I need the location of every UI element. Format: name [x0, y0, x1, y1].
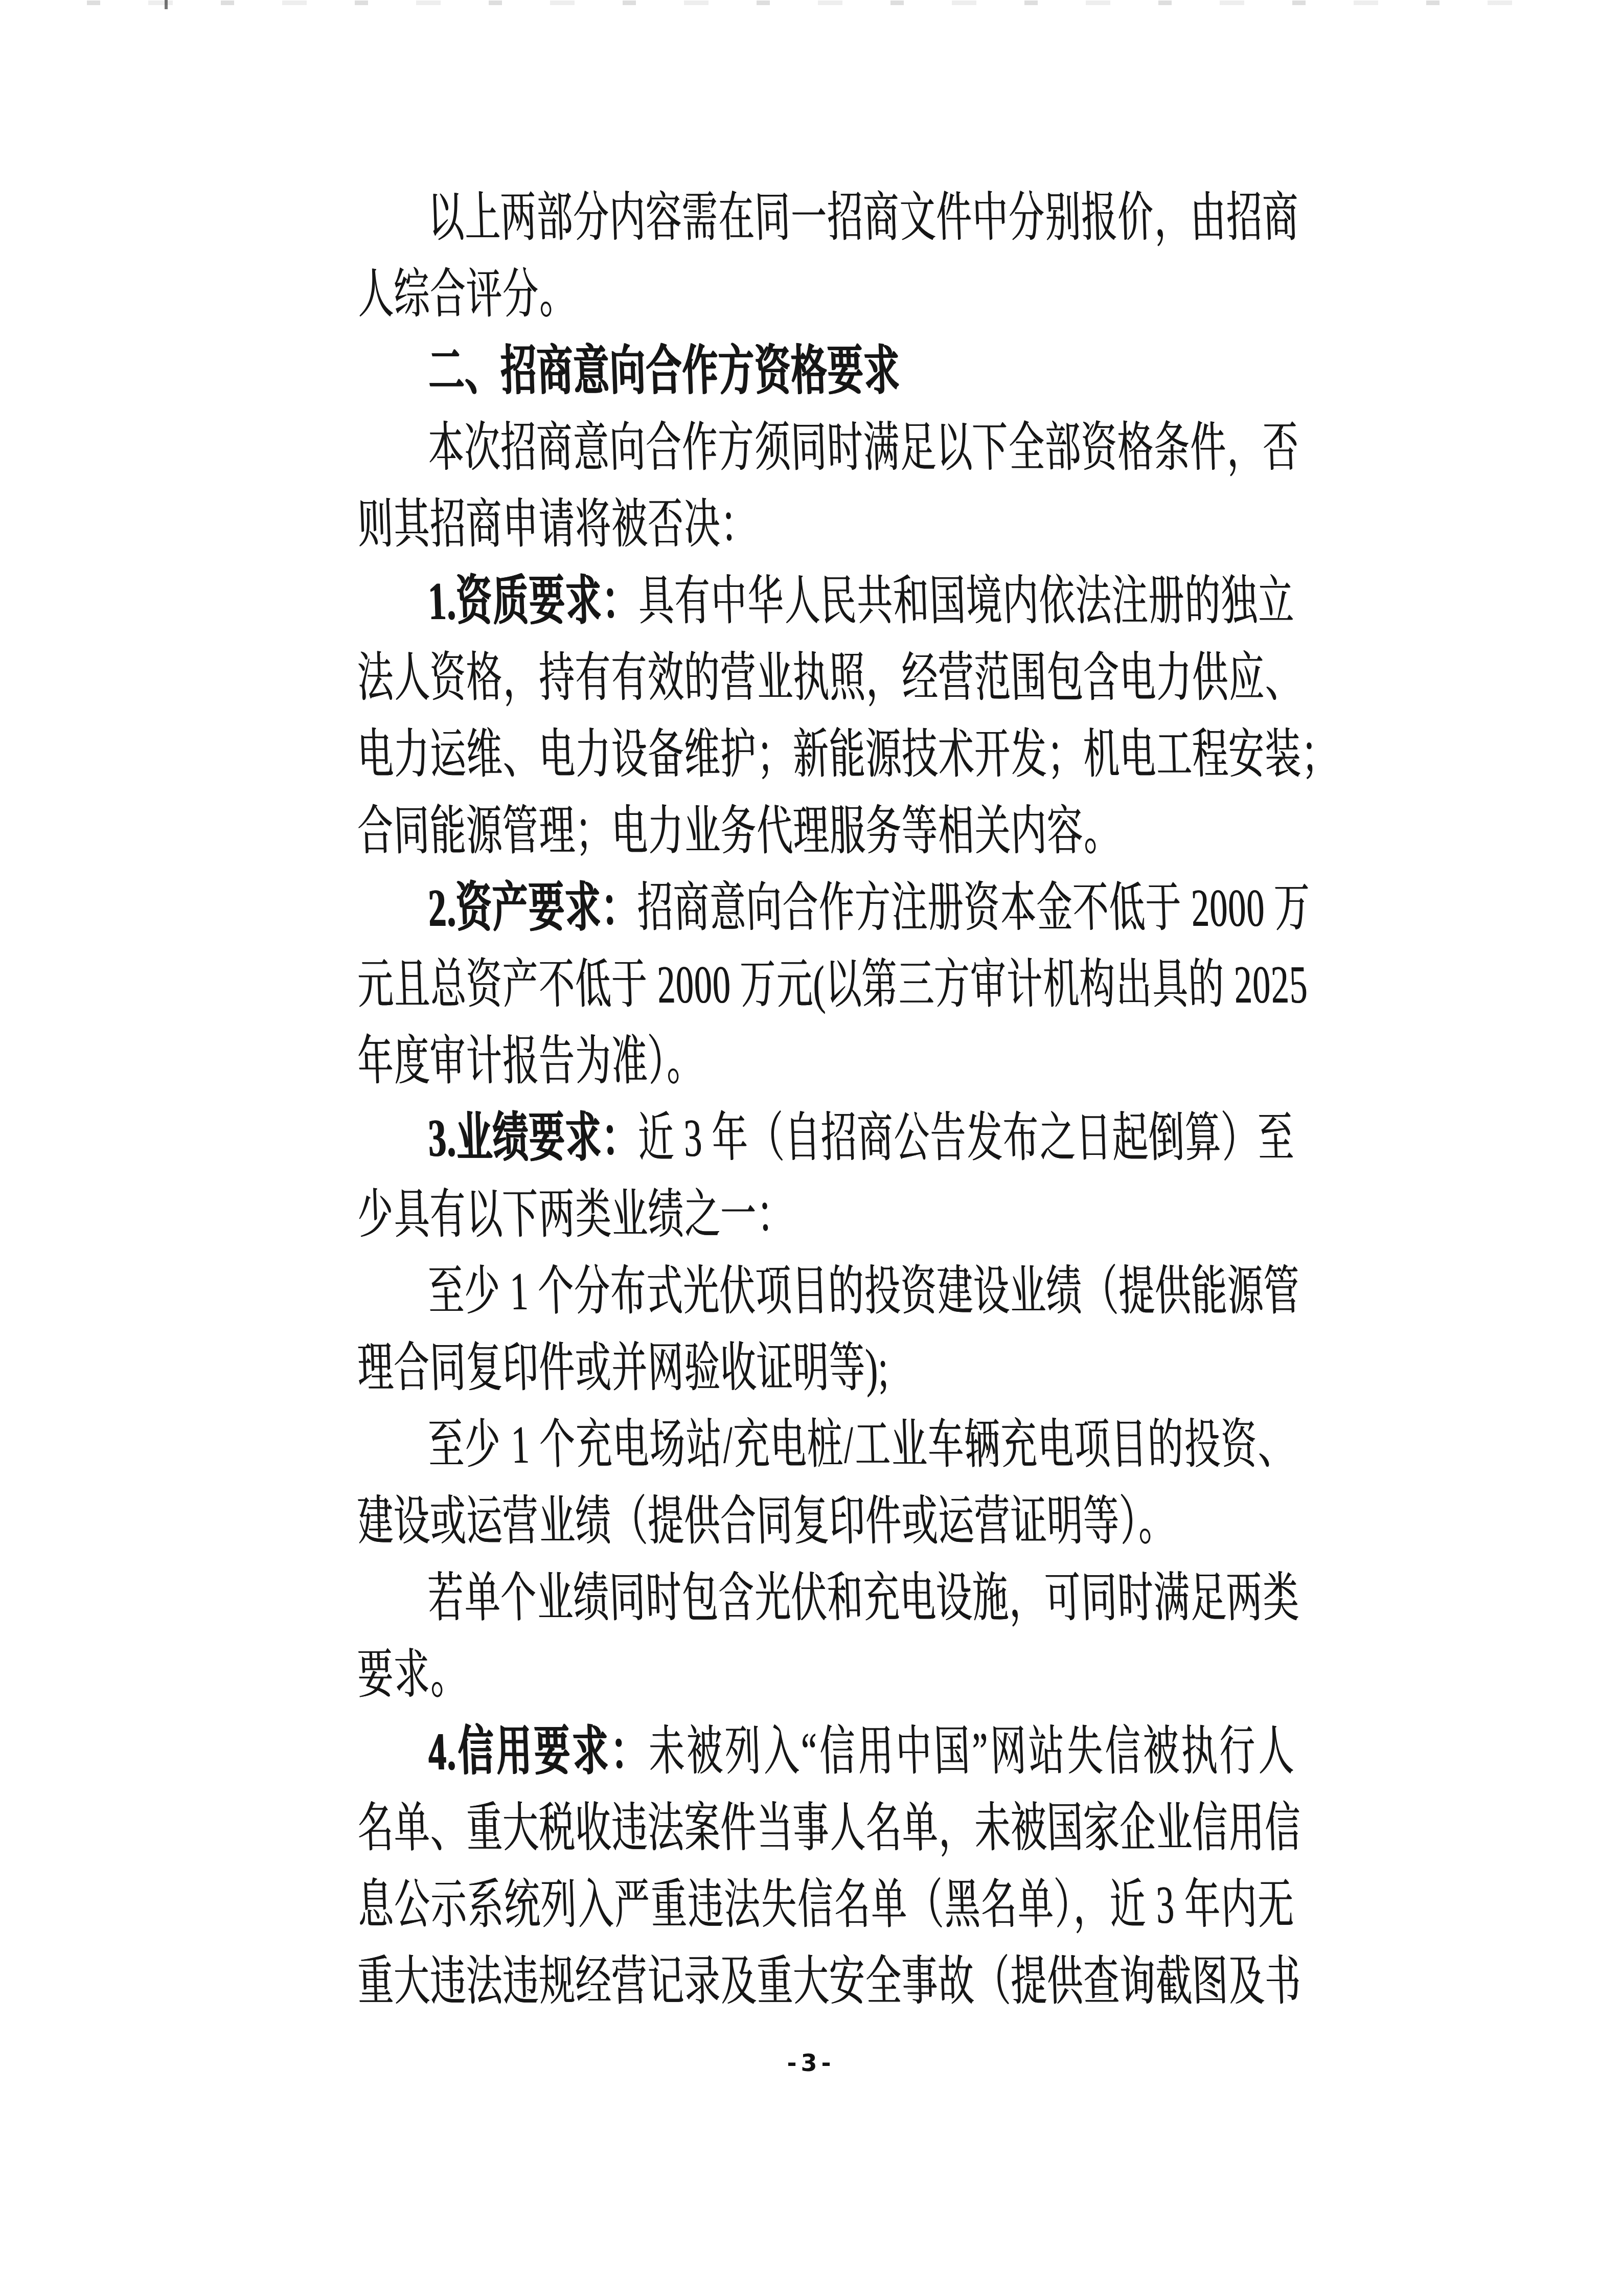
text-block: 以上两部分内容需在同一招商文件中分别报价，由招商人综合评分。二、招商意向合作方资…: [358, 184, 1294, 2025]
text-line: 重大违法违规经营记录及重大安全事故（提供查询截图及书: [355, 1925, 1296, 2040]
document-page: 以上两部分内容需在同一招商文件中分别报价，由招商人综合评分。二、招商意向合作方资…: [0, 0, 1622, 2296]
page-number: -3-: [787, 2049, 835, 2077]
text-run: 重大违法违规经营记录及重大安全事故（提供查询截图及书: [356, 1952, 1302, 2012]
scan-artifact-top: [87, 1, 1544, 5]
page-footer: -3-: [0, 2049, 1622, 2077]
scan-mark: [165, 0, 168, 9]
